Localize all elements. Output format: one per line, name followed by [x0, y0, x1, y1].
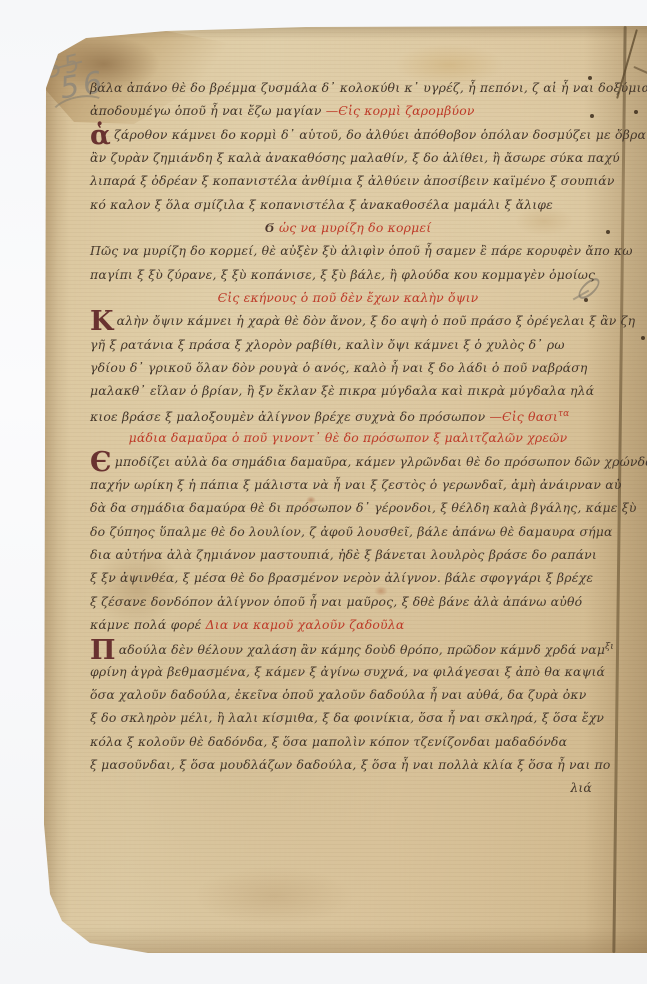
- ink-text: γῆ ξ ρατάνια ξ πράσα ξ χλορὸν ραβίθι, κα…: [90, 337, 565, 352]
- manuscript-page: 55 56 βάλα ἀπάνο θὲ δο βρέμμα ζυσμάλα δ᾽…: [44, 26, 647, 953]
- red-ink-text: Δια να καμοῦ χαλοῦν ζαδοῦλα: [206, 617, 405, 632]
- manuscript-line: Καλὴν ὄψιν κάμνει ἡ χαρὰ θὲ δὸν ἄνον, ξ …: [90, 309, 606, 332]
- ink-text: Ϭ: [265, 220, 279, 235]
- ink-text: ζάροθον κάμνει δο κορμὶ δ᾽ αὑτοῦ, δο ἀλθ…: [114, 127, 646, 142]
- ink-text: παχήν ωρίκη ξ ἡ πάπια ξ μάλιστα νὰ ἦ ναι…: [90, 477, 622, 492]
- scanned-manuscript: { "document": { "type": "Greek manuscrip…: [0, 0, 647, 984]
- ink-text: Πῶς να μυρίζη δο κορμεί, θὲ αὐξὲν ξὺ ἀλι…: [90, 243, 633, 258]
- ink-text: αλὴν ὄψιν κάμνει ἡ χαρὰ θὲ δὸν ἄνον, ξ δ…: [117, 313, 636, 328]
- ink-text: γδίου δ᾽ γρικοῦ ὅλαν δὸν ρουγὰ ὁ ανός, κ…: [90, 360, 588, 375]
- manuscript-line: ξ ζέσανε δονδόπον ἀλίγνον ὁποῦ ἦ ναι μαῦ…: [90, 590, 606, 613]
- manuscript-line: Ϭ ὡς να μυρίζη δο κορμεί: [90, 216, 606, 239]
- ink-text: κάμνε πολά φορέ: [90, 617, 206, 632]
- red-ink-text: ὡς να μυρίζη δο κορμεί: [279, 220, 431, 235]
- ink-text: λιπαρά ξ ὀδρέαν ξ κοπανιστέλα ἀνθίμια ξ …: [90, 173, 615, 188]
- red-ink-text: τα: [558, 409, 569, 419]
- manuscript-line: μαλακθ᾽ εἴλαν ὁ βρίαν, ἢ ξν ἔκλαν ξὲ πικ…: [90, 379, 606, 402]
- red-ink-text: μάδια δαμαῦρα ὁ ποῦ γινοντ᾽ θὲ δο πρόσωπ…: [129, 430, 568, 445]
- ink-text: ξι: [605, 642, 614, 652]
- manuscript-line: παχήν ωρίκη ξ ἡ πάπια ξ μάλιστα νὰ ἦ ναι…: [90, 473, 606, 496]
- manuscript-line: ξ δο σκληρὸν μέλι, ἢ λαλι κίσμιθα, ξ δα …: [90, 706, 606, 729]
- ink-text: ὅσα χαλοῦν δαδούλα, ἐκεῖνα ὁποῦ χαλοῦν δ…: [90, 687, 586, 702]
- ink-text: δὰ δα σημάδια δαμαύρα θὲ δι πρόσωπον δ᾽ …: [90, 500, 637, 515]
- ink-text: δια αὐτήνα ἀλὰ ζημιάνον μαστουπιά, ἠδὲ ξ…: [90, 547, 597, 562]
- ink-text: παγίπι ξ ξὺ ζύρανε, ξ ξὺ κοπάνισε, ξ ξὺ …: [90, 267, 595, 282]
- wormhole: [606, 230, 610, 234]
- manuscript-line: βάλα ἀπάνο θὲ δο βρέμμα ζυσμάλα δ᾽ κολοκ…: [90, 76, 606, 99]
- bottom-edge-shading: [44, 927, 647, 953]
- left-edge-shading: [44, 26, 70, 953]
- red-ink-text: —Єἰς κορμὶ ζαρομβύον: [326, 103, 475, 118]
- manuscript-line: παγίπι ξ ξὺ ζύρανε, ξ ξὺ κοπάνισε, ξ ξὺ …: [90, 263, 606, 286]
- manuscript-line: κιοε βράσε ξ μαλοξουμὲν ἀλίγνον βρέχε συ…: [90, 403, 606, 426]
- ink-text: ξ ξν ἀψινθέα, ξ μέσα θὲ δο βρασμένον νερ…: [90, 570, 593, 585]
- ink-text: ξ μασοῦνδαι, ξ ὅσα μουδλάζων δαδούλα, ξ …: [90, 757, 611, 772]
- manuscript-line: Παδούλα δὲν θέλουν χαλάση ἂν κάμης δοὺδ …: [90, 636, 606, 659]
- manuscript-line: ξ ξν ἀψινθέα, ξ μέσα θὲ δο βρασμένον νερ…: [90, 566, 606, 589]
- ink-text: ἂν ζυρὰν ζημιάνδη ξ καλὰ ἀνακαθόσης μαλα…: [90, 150, 620, 165]
- red-ink-text: Єἰς εκήνους ὁ ποῦ δὲν ἔχων καλὴν ὄψιν: [218, 290, 479, 305]
- manuscript-line: ἁζάροθον κάμνει δο κορμὶ δ᾽ αὑτοῦ, δο ἀλ…: [90, 123, 606, 146]
- ink-text: μποδίζει αὐλὰ δα σημάδια δαμαῦρα, κάμεν …: [115, 454, 647, 469]
- manuscript-line: γδίου δ᾽ γρικοῦ ὅλαν δὸν ρουγὰ ὁ ανός, κ…: [90, 356, 606, 379]
- ink-text: κό καλον ξ ὅλα σμίζιλα ξ κοπανιστέλα ξ ἀ…: [90, 197, 553, 212]
- manuscript-line: ἂν ζυρὰν ζημιάνδη ξ καλὰ ἀνακαθόσης μαλα…: [90, 146, 606, 169]
- manuscript-line: Єμποδίζει αὐλὰ δα σημάδια δαμαῦρα, κάμεν…: [90, 450, 606, 473]
- stain: [194, 866, 354, 926]
- manuscript-text-block: βάλα ἀπάνο θὲ δο βρέμμα ζυσμάλα δ᾽ κολοκ…: [90, 76, 606, 800]
- manuscript-line: δὰ δα σημάδια δαμαύρα θὲ δι πρόσωπον δ᾽ …: [90, 496, 606, 519]
- ink-text: φρίνη ἀγρὰ βεθμασμένα, ξ κάμεν ξ ἀγίνω σ…: [90, 664, 605, 679]
- ink-text: κόλα ξ κολοῦν θὲ δαδόνδα, ξ ὅσα μαπολὶν …: [90, 734, 567, 749]
- manuscript-line: Πῶς να μυρίζη δο κορμεί, θὲ αὐξὲν ξὺ ἀλι…: [90, 239, 606, 262]
- ink-text: λιά: [570, 780, 592, 795]
- wormhole: [634, 110, 638, 114]
- ink-text: ξ δο σκληρὸν μέλι, ἢ λαλι κίσμιθα, ξ δα …: [90, 710, 604, 725]
- wormhole: [641, 336, 645, 340]
- manuscript-line: κάμνε πολά φορέ Δια να καμοῦ χαλοῦν ζαδο…: [90, 613, 606, 636]
- manuscript-line: λιπαρά ξ ὀδρέαν ξ κοπανιστέλα ἀνθίμια ξ …: [90, 169, 606, 192]
- ink-text: αδούλα δὲν θέλουν χαλάση ἂν κάμης δοὺδ θ…: [119, 642, 605, 657]
- manuscript-line: δο ζύπηος ὕπαλμε θὲ δο λουλίον, ζ ἀφοῦ λ…: [90, 520, 606, 543]
- manuscript-line: λιά: [90, 776, 606, 799]
- red-ink-text: —Єἰς θασι: [489, 409, 558, 424]
- manuscript-line: φρίνη ἀγρὰ βεθμασμένα, ξ κάμεν ξ ἀγίνω σ…: [90, 660, 606, 683]
- manuscript-line: ἀποδουμέγω ὁποῦ ἦ ναι ἔζω μαγίαν —Єἰς κο…: [90, 99, 606, 122]
- manuscript-line: μάδια δαμαῦρα ὁ ποῦ γινοντ᾽ θὲ δο πρόσωπ…: [90, 426, 606, 449]
- manuscript-line: ξ μασοῦνδαι, ξ ὅσα μουδλάζων δαδούλα, ξ …: [90, 753, 606, 776]
- manuscript-line: γῆ ξ ρατάνια ξ πράσα ξ χλορὸν ραβίθι, κα…: [90, 333, 606, 356]
- ink-text: ξ ζέσανε δονδόπον ἀλίγνον ὁποῦ ἦ ναι μαῦ…: [90, 594, 582, 609]
- ink-text: μαλακθ᾽ εἴλαν ὁ βρίαν, ἢ ξν ἔκλαν ξὲ πικ…: [90, 383, 594, 398]
- manuscript-line: Єἰς εκήνους ὁ ποῦ δὲν ἔχων καλὴν ὄψιν: [90, 286, 606, 309]
- ink-text: κιοε βράσε ξ μαλοξουμὲν ἀλίγνον βρέχε συ…: [90, 409, 489, 424]
- manuscript-line: κόλα ξ κολοῦν θὲ δαδόνδα, ξ ὅσα μαπολὶν …: [90, 730, 606, 753]
- manuscript-line: δια αὐτήνα ἀλὰ ζημιάνον μαστουπιά, ἠδὲ ξ…: [90, 543, 606, 566]
- ink-text: βάλα ἀπάνο θὲ δο βρέμμα ζυσμάλα δ᾽ κολοκ…: [90, 80, 647, 95]
- ink-text: δο ζύπηος ὕπαλμε θὲ δο λουλίον, ζ ἀφοῦ λ…: [90, 524, 613, 539]
- manuscript-line: ὅσα χαλοῦν δαδούλα, ἐκεῖνα ὁποῦ χαλοῦν δ…: [90, 683, 606, 706]
- top-edge-shading: [44, 26, 647, 40]
- ink-text: ἀποδουμέγω ὁποῦ ἦ ναι ἔζω μαγίαν: [90, 103, 326, 118]
- manuscript-line: κό καλον ξ ὅλα σμίζιλα ξ κοπανιστέλα ξ ἀ…: [90, 193, 606, 216]
